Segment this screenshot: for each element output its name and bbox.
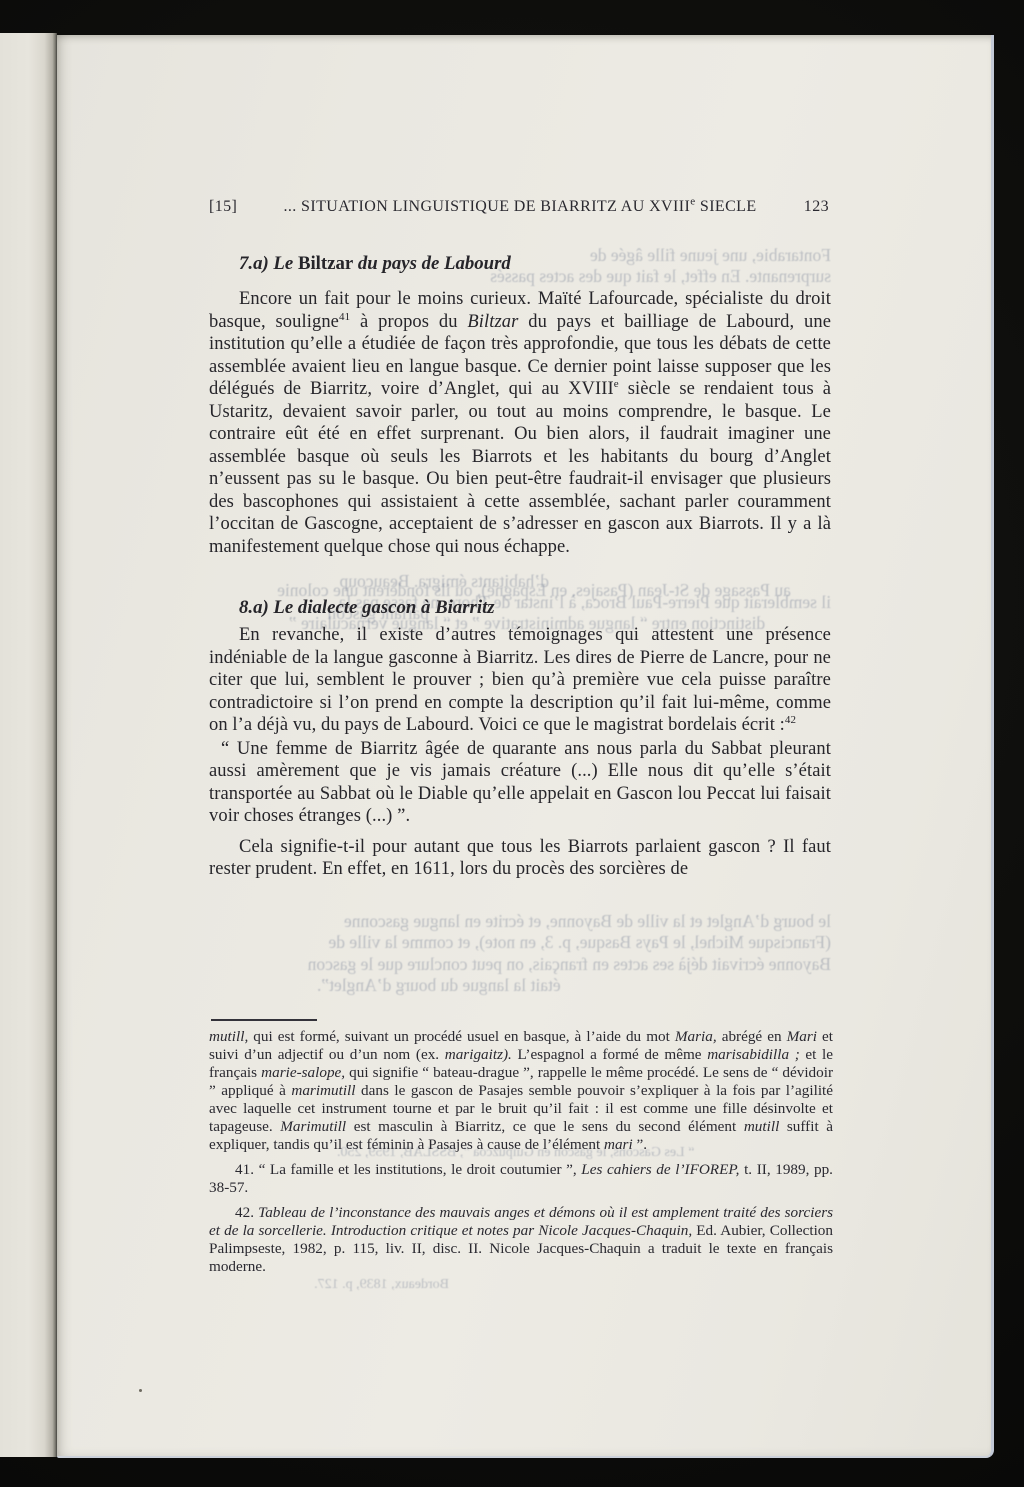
- book-page: Fontarabie, une jeune fille âgée de surp…: [57, 35, 994, 1458]
- facing-page-edge: [0, 33, 57, 1457]
- bleedthrough-text: Bordeaux, 1839, p. 127.: [209, 1275, 449, 1295]
- paper-speck: [139, 1389, 142, 1392]
- bleedthrough-text: le bourg d’Anglet et la ville de Bayonne…: [209, 911, 831, 931]
- footnote-separator-rule: [211, 1019, 317, 1021]
- paragraph-conclusion: Cela signifie-t-il pour autant que tous …: [209, 836, 831, 881]
- page-number: 123: [804, 198, 829, 216]
- page-content: [15] ... SITUATION LINGUISTIQUE DE BIARR…: [209, 198, 831, 881]
- footnote-block: mutill, qui est formé, suivant un procéd…: [209, 1019, 833, 1276]
- scan-canvas: { "scan": { "page_color": "#eae8e1", "ba…: [0, 0, 1024, 1487]
- section-heading-7a: 7.a) Le Biltzar du pays de Labourd: [209, 252, 831, 275]
- footnote-41: 41. “ La famille et les institutions, le…: [209, 1161, 833, 1197]
- section-heading-8a: 8.a) Le dialecte gascon à Biarritz: [209, 596, 831, 619]
- footnote-42: 42. Tableau de l’inconstance des mauvais…: [209, 1204, 833, 1276]
- bleedthrough-text: Bayonne écrivait déjà ses actes en franç…: [209, 954, 831, 974]
- running-title: ... SITUATION LINGUISTIQUE DE BIARRITZ A…: [209, 198, 831, 216]
- paragraph-gascon-temoignages: En revanche, il existe d’autres témoigna…: [209, 624, 831, 737]
- bleedthrough-text: était la langue du bourg d’Anglet”.: [317, 975, 831, 995]
- running-header: [15] ... SITUATION LINGUISTIQUE DE BIARR…: [209, 198, 831, 220]
- paragraph-lancre-quote: “ Une femme de Biarritz âgée de quarante…: [209, 738, 831, 828]
- footnote-continuation: mutill, qui est formé, suivant un procéd…: [209, 1028, 833, 1154]
- paragraph-biltzar: Encore un fait pour le moins curieux. Ma…: [209, 288, 831, 558]
- bleedthrough-text: (Francisque Michel, le Pays Basque, p. 3…: [209, 932, 831, 952]
